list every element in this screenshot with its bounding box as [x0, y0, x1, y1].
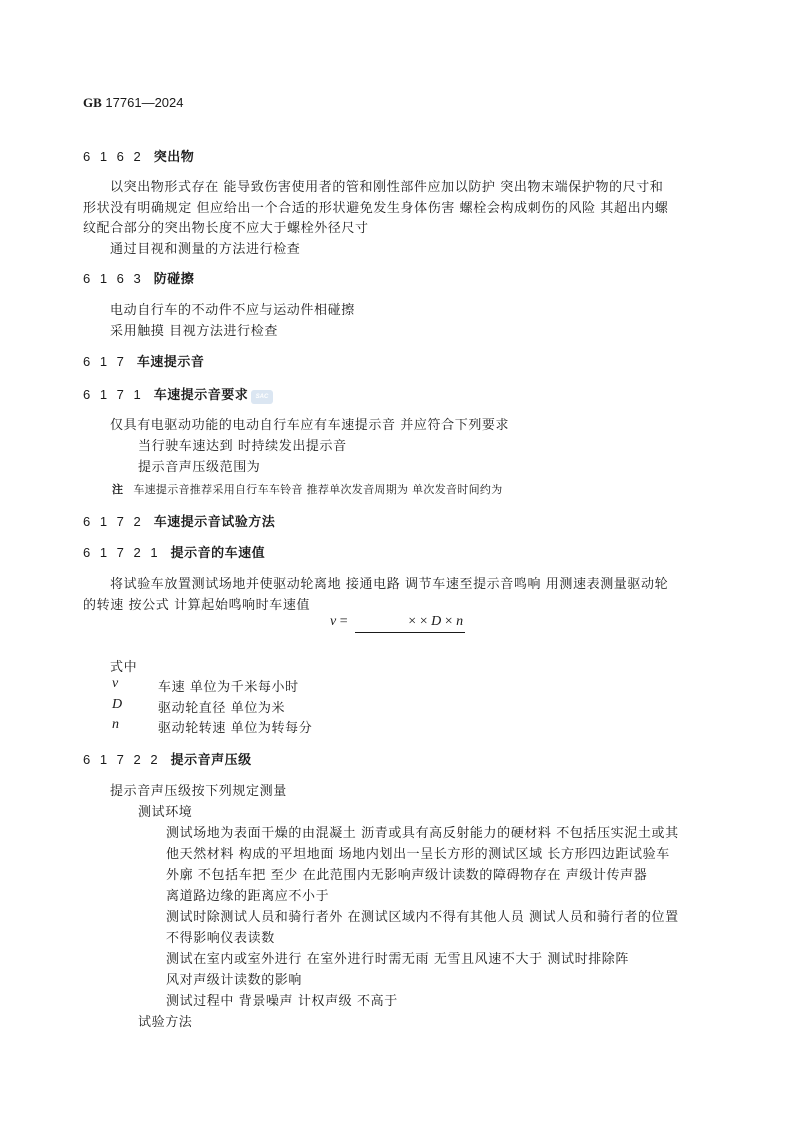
variable-symbol: n	[112, 717, 119, 733]
formula-times: ×	[445, 614, 453, 629]
list-item: 提示音声压级范围为	[138, 456, 260, 475]
formula-d: D	[431, 614, 441, 629]
section-title: 突出物	[154, 149, 195, 164]
subheading-test-method: 试验方法	[138, 1011, 192, 1030]
section-number: 6 1 7	[83, 354, 127, 369]
heading-6171: 6 1 7 1车速提示音要求	[83, 384, 248, 403]
paragraph-line: 他天然材料 构成的平坦地面 场地内划出一呈长方形的测试区域 长方形四边距试验车	[166, 843, 670, 862]
section-title: 车速提示音	[137, 354, 205, 369]
paragraph-line: 离道路边缘的距离应不小于	[166, 885, 329, 904]
variable-desc: 车速 单位为千米每小时	[158, 676, 299, 695]
paragraph-line: 仅具有电驱动功能的电动自行车应有车速提示音 并应符合下列要求	[110, 414, 509, 433]
section-title: 防碰擦	[154, 271, 195, 286]
paragraph-line: 不得影响仪表读数	[166, 927, 275, 946]
paragraph-line: 测试过程中 背景噪声 计权声级 不高于	[166, 990, 398, 1009]
standard-prefix: GB	[83, 95, 102, 110]
section-number: 6 1 7 1	[83, 387, 144, 402]
paragraph-line: 纹配合部分的突出物长度不应大于螺栓外径尺寸	[83, 217, 369, 236]
variable-desc: 驱动轮直径 单位为米	[158, 697, 285, 716]
section-number: 6 1 6 2	[83, 149, 144, 164]
heading-617: 6 1 7车速提示音	[83, 351, 204, 370]
variable-desc: 驱动轮转速 单位为转每分	[158, 717, 312, 736]
formula-fraction: × × D × n	[355, 614, 465, 633]
sac-watermark-logo: SAC	[251, 390, 273, 404]
section-number: 6 1 7 2 2	[83, 752, 161, 767]
document-page: GB 17761—2024 6 1 6 2突出物 以突出物形式存在 能导致伤害使…	[0, 0, 793, 1122]
paragraph-line: 以突出物形式存在 能导致伤害使用者的管和刚性部件应加以防护 突出物末端保护物的尺…	[110, 176, 663, 195]
formula-ops: × ×	[408, 614, 427, 629]
section-title: 车速提示音试验方法	[154, 514, 276, 529]
note: 注车速提示音推荐采用自行车车铃音 推荐单次发音周期为 单次发音时间约为	[112, 481, 503, 497]
heading-6163: 6 1 6 3防碰擦	[83, 268, 194, 287]
section-number: 6 1 7 2 1	[83, 545, 161, 560]
speed-formula: v = × × D × n	[330, 614, 465, 633]
section-title: 车速提示音要求	[154, 387, 249, 402]
section-number: 6 1 6 3	[83, 271, 144, 286]
paragraph-line: 测试时除测试人员和骑行者外 在测试区域内不得有其他人员 测试人员和骑行者的位置	[166, 906, 679, 925]
heading-6172: 6 1 7 2车速提示音试验方法	[83, 511, 275, 530]
list-item: 当行驶车速达到 时持续发出提示音	[138, 435, 347, 454]
standard-code-header: GB 17761—2024	[83, 95, 184, 111]
paragraph-line: 形状没有明确规定 但应给出一个合适的形状避免发生身体伤害 螺栓会构成刺伤的风险 …	[83, 197, 668, 216]
paragraph-line: 采用触摸 目视方法进行检查	[110, 320, 278, 339]
formula-lhs: v	[330, 614, 336, 629]
heading-61721: 6 1 7 2 1提示音的车速值	[83, 542, 265, 561]
note-label: 注	[112, 484, 123, 496]
paragraph-line: 测试场地为表面干燥的由混凝土 沥青或具有高反射能力的硬材料 不包括压实泥土或其	[166, 822, 679, 841]
standard-number: 17761—2024	[105, 95, 183, 110]
paragraph-line: 电动自行车的不动件不应与运动件相碰擦	[110, 299, 355, 318]
note-text: 车速提示音推荐采用自行车车铃音 推荐单次发音周期为 单次发音时间约为	[133, 483, 502, 496]
heading-6162: 6 1 6 2突出物	[83, 146, 194, 165]
section-title: 提示音声压级	[171, 752, 252, 767]
heading-61722: 6 1 7 2 2提示音声压级	[83, 749, 252, 768]
variable-symbol: D	[112, 697, 122, 713]
paragraph-line: 通过目视和测量的方法进行检查	[110, 238, 300, 257]
subheading-test-environment: 测试环境	[138, 801, 192, 820]
section-number: 6 1 7 2	[83, 514, 144, 529]
formula-n: n	[456, 614, 463, 629]
variable-symbol: v	[112, 676, 118, 692]
paragraph-line: 的转速 按公式 计算起始鸣响时车速值	[83, 594, 310, 613]
paragraph-line: 将试验车放置测试场地并使驱动轮离地 接通电路 调节车速至提示音鸣响 用测速表测量…	[110, 573, 668, 592]
formula-equals: =	[340, 614, 348, 629]
paragraph-line: 测试在室内或室外进行 在室外进行时需无雨 无雪且风速不大于 测试时排除阵	[166, 948, 629, 967]
where-label: 式中	[110, 656, 137, 675]
paragraph-line: 提示音声压级按下列规定测量	[110, 780, 287, 799]
paragraph-line: 风对声级计读数的影响	[166, 969, 302, 988]
section-title: 提示音的车速值	[171, 545, 266, 560]
paragraph-line: 外廓 不包括车把 至少 在此范围内无影响声级计读数的障碍物存在 声级计传声器	[166, 864, 647, 883]
